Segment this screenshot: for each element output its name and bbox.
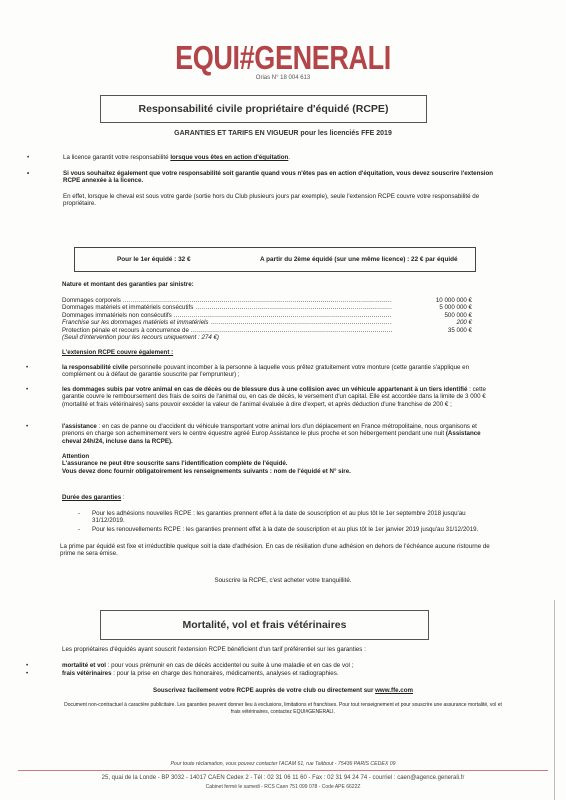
- intro-bullet-1: • La licence garantit votre responsabili…: [63, 154, 493, 161]
- mortality-item-2: • frais vétérinaires : pour la prise en …: [62, 670, 494, 677]
- bullet-icon: •: [26, 662, 28, 669]
- orias-number: Orias N° 18 004 613: [0, 75, 566, 81]
- attention-title: Attention: [62, 453, 494, 460]
- heading-suffix: :: [121, 494, 124, 501]
- intro-paragraph: En effet, lorsque le cheval est sous vot…: [63, 193, 495, 208]
- duration-heading: Durée des garanties :: [62, 494, 125, 501]
- bullet-emphasis: lorsque vous êtes en action d'équitation: [170, 154, 288, 161]
- dash-icon: -: [78, 526, 80, 533]
- item-title: l'assistance: [62, 423, 97, 430]
- ffe-link[interactable]: www.ffe.com: [375, 687, 413, 694]
- dot-leader: ........................................…: [191, 327, 392, 334]
- scan-edge: [554, 600, 555, 800]
- mortality-item-1: • mortalité et vol : pour vous prémunir …: [62, 662, 494, 669]
- bullet-icon: •: [26, 364, 28, 371]
- bullet-suffix: .: [288, 154, 290, 161]
- item-text: : pour la prise en charge des honoraires…: [112, 670, 339, 677]
- extension-item-1: • la responsabilité civile personnelle p…: [62, 364, 494, 379]
- subtitle: GARANTIES ET TARIFS EN VIGUEUR pour les …: [0, 130, 566, 137]
- dot-leader: ........................................…: [211, 319, 393, 326]
- attention-line: Vous devez donc fournir obligatoirement …: [62, 468, 494, 475]
- guarantees-note: (Seuil d'intervention pour les recours u…: [62, 334, 219, 341]
- complaint-line: Pour toute réclamation, vous pouvez cont…: [0, 761, 566, 767]
- footer-divider: [18, 770, 548, 771]
- item-title: frais vétérinaires: [62, 670, 112, 677]
- dash-icon: -: [78, 510, 80, 517]
- duration-heading-text: Durée des garanties: [62, 494, 121, 501]
- guarantee-row: Protection pénale et recours à concurren…: [62, 327, 472, 334]
- attention-block: Attention L'assurance ne peut être sousc…: [62, 453, 494, 475]
- dot-leader: ........................................…: [174, 312, 392, 319]
- item-text: : en cas de panne ou d'accident du véhic…: [62, 423, 477, 437]
- price-additional: A partir du 2ème équidé (sur une même li…: [260, 256, 458, 263]
- title-text: Responsabilité civile propriétaire d'équ…: [139, 103, 389, 115]
- guarantee-value: 200 €: [392, 319, 472, 326]
- item-text: : pour vous prémunir en cas de décès acc…: [106, 662, 353, 669]
- guarantee-label: Dommages immatériels non consécutifs: [62, 312, 172, 319]
- bullet-icon: •: [26, 423, 28, 430]
- guarantee-value: 35 000 €: [392, 327, 472, 334]
- extension-heading: L'extension RCPE couvre également :: [62, 349, 173, 356]
- footer-address: 25, quai de la Londe - BP 3032 - 14017 C…: [0, 775, 566, 781]
- disclaimer: Document non-contractuel à caractère pub…: [60, 702, 506, 715]
- item-title: les dommages subis par votre animal en c…: [62, 386, 467, 393]
- guarantee-label: Protection pénale et recours à concurren…: [62, 327, 189, 334]
- guarantee-label: Dommages corporels: [62, 297, 121, 304]
- cta-line: Souscrivez facilement votre RCPE auprès …: [0, 687, 566, 694]
- attention-line: L'assurance ne peut être souscrite sans …: [62, 460, 494, 467]
- duration-item-2: - Pour les renouvellements RCPE : les ga…: [92, 526, 494, 533]
- item-title: la responsabilité civile: [62, 364, 128, 371]
- guarantee-row: Franchise sur les dommages matériels et …: [62, 319, 472, 326]
- mortality-intro: Les propriétaires d'équidés ayant souscr…: [62, 646, 502, 653]
- extension-item-3: • l'assistance : en cas de panne ou d'ac…: [62, 423, 494, 445]
- bullet-icon: •: [26, 670, 28, 677]
- bullet-icon: •: [27, 154, 29, 161]
- price-first: Pour le 1er équidé : 32 €: [117, 256, 191, 263]
- guarantee-label: Dommages matériels et immatériels conséc…: [62, 304, 193, 311]
- section-title-mortality: Mortalité, vol et frais vétérinaires: [100, 610, 429, 640]
- guarantees-table: Dommages corporels......................…: [62, 297, 472, 334]
- bullet-text: Si vous souhaitez également que votre re…: [63, 170, 493, 184]
- item-text: Pour les adhésions nouvelles RCPE : les …: [92, 510, 466, 524]
- section-title-rcpe: Responsabilité civile propriétaire d'équ…: [100, 95, 427, 123]
- guarantee-row: Dommages immatériels non consécutifs....…: [62, 312, 472, 319]
- footer-legal: Cabinet fermé le samedi - RCS Caen 751 0…: [0, 784, 566, 790]
- pricing-box: Pour le 1er équidé : 32 € A partir du 2è…: [74, 247, 476, 272]
- item-title: mortalité et vol: [62, 662, 106, 669]
- bullet-icon: •: [27, 170, 29, 177]
- dot-leader: ........................................…: [195, 304, 392, 311]
- dot-leader: ........................................…: [123, 297, 392, 304]
- item-text: Pour les renouvellements RCPE : les gara…: [92, 526, 478, 533]
- logo: EQUI#GENERALI: [51, 41, 515, 74]
- guarantee-row: Dommages corporels......................…: [62, 297, 472, 304]
- guarantee-value: 5 000 000 €: [392, 304, 472, 311]
- guarantee-label: Franchise sur les dommages matériels et …: [62, 319, 209, 326]
- duration-item-1: - Pour les adhésions nouvelles RCPE : le…: [92, 510, 494, 525]
- bullet-text: La licence garantit votre responsabilité: [63, 154, 170, 161]
- bullet-icon: •: [26, 386, 28, 393]
- tagline: Souscrire la RCPE, c'est acheter votre t…: [0, 577, 566, 584]
- extension-item-2: • les dommages subis par votre animal en…: [62, 386, 494, 408]
- duration-paragraph: La prime par équidé est fixe et irréduct…: [60, 543, 494, 558]
- guarantee-row: Dommages matériels et immatériels conséc…: [62, 304, 472, 311]
- cta-text: Souscrivez facilement votre RCPE auprès …: [153, 687, 375, 694]
- intro-bullet-2: • Si vous souhaitez également que votre …: [63, 170, 495, 185]
- guarantees-heading: Nature et montant des garanties par sini…: [62, 281, 194, 288]
- guarantee-value: 500 000 €: [392, 312, 472, 319]
- guarantee-value: 10 000 000 €: [392, 297, 472, 304]
- title-text: Mortalité, vol et frais vétérinaires: [183, 619, 347, 631]
